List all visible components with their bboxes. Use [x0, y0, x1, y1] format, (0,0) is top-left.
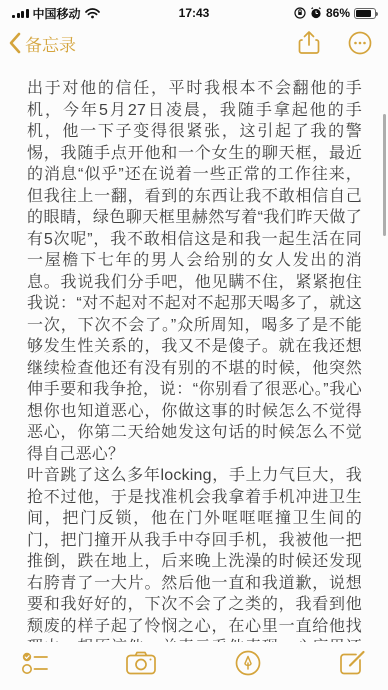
- nav-bar: 备忘录: [0, 24, 388, 62]
- compose-icon: [339, 650, 366, 677]
- status-right-cluster: 86%: [294, 6, 376, 20]
- note-content[interactable]: 出于对他的信任，平时我根本不会翻他的手机，今年5月27日凌晨，我随手拿起他的手机…: [0, 62, 388, 680]
- checklist-icon: [22, 651, 48, 675]
- chevron-left-icon: [8, 32, 21, 54]
- status-left-cluster: 中国移动: [12, 5, 100, 22]
- markup-button[interactable]: [235, 650, 261, 676]
- back-button-label: 备忘录: [25, 31, 76, 56]
- camera-button[interactable]: [126, 651, 156, 675]
- share-button[interactable]: [298, 30, 320, 56]
- camera-icon: [126, 651, 156, 675]
- orientation-lock-icon: [294, 7, 306, 19]
- scrollbar[interactable]: [383, 114, 386, 236]
- checklist-button[interactable]: [22, 651, 48, 675]
- wifi-icon: [85, 8, 100, 19]
- more-options-button[interactable]: [348, 31, 372, 55]
- bottom-toolbar: [0, 642, 388, 690]
- battery-icon: [354, 8, 376, 19]
- battery-percent-label: 86%: [326, 6, 350, 20]
- markup-pen-icon: [235, 650, 261, 676]
- back-button[interactable]: 备忘录: [8, 31, 76, 56]
- note-paragraph: 出于对他的信任，平时我根本不会翻他的手机，今年5月27日凌晨，我随手拿起他的手机…: [27, 78, 362, 465]
- alarm-icon: [310, 7, 322, 19]
- signal-strength-icon: [12, 8, 29, 18]
- carrier-label: 中国移动: [33, 5, 81, 22]
- new-note-button[interactable]: [339, 650, 366, 677]
- status-bar: 中国移动 17:43 86%: [0, 0, 388, 24]
